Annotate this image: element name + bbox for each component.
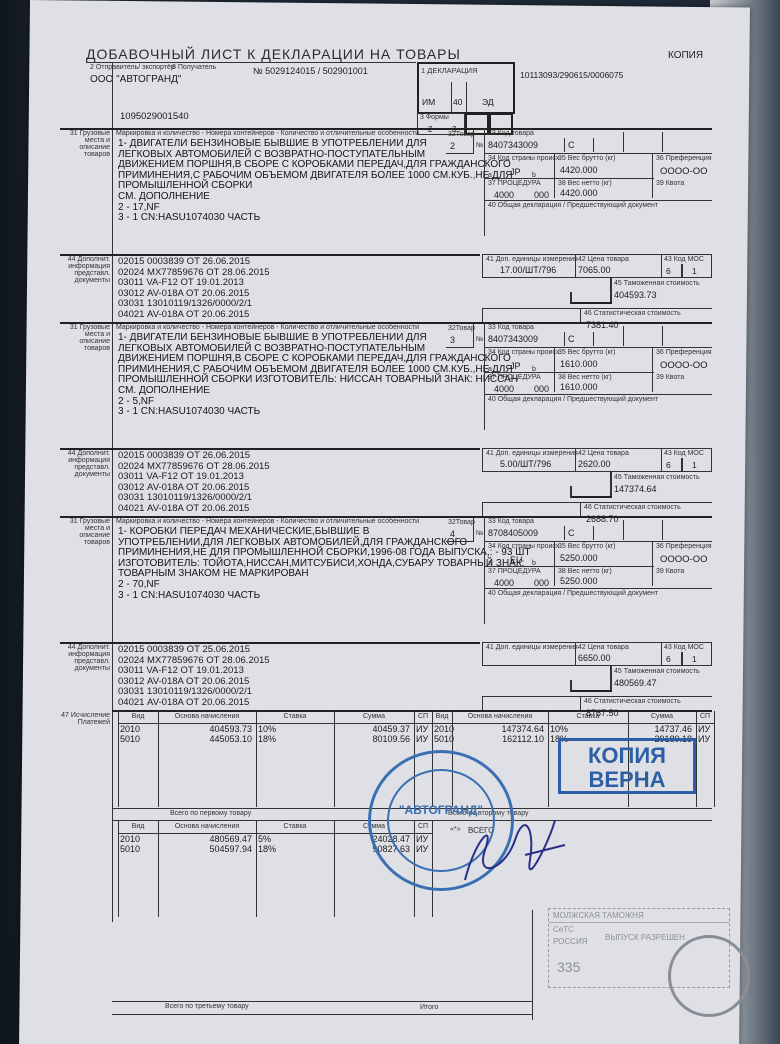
net-label: 38 Вес нетто (кг) (558, 568, 612, 575)
origin-label: 34 Код страны происх. (488, 543, 561, 550)
divider (532, 910, 533, 1020)
recipient-label: 8 Получатель (172, 64, 216, 71)
attached-docs: 02015 0003839 ОТ 26.06.2015 02024 MX7785… (118, 257, 270, 320)
divider (484, 394, 712, 395)
divider (484, 153, 712, 154)
copy-mark: КОПИЯ (668, 50, 703, 61)
divider (714, 711, 715, 807)
sender-label: 2 Отправитель/ экспортёр (90, 64, 175, 71)
divider (570, 486, 572, 497)
stat-value-label: 46 Статистическая стоимость (584, 310, 681, 317)
stat-value-label: 46 Статистическая стоимость (584, 504, 681, 511)
payments-header: Вид (118, 823, 158, 830)
payment-sp: ИУ (416, 724, 428, 734)
origin-country: EU (510, 555, 523, 565)
hs-code: 8708405009 (488, 528, 538, 538)
hs-code-suffix: C (568, 140, 575, 150)
declaration-label: 1 ДЕКЛАРАЦИЯ (421, 66, 478, 75)
divider (158, 711, 159, 807)
divider (662, 326, 663, 346)
mos-label: 43 Код МОС (664, 450, 704, 457)
attached-docs: 02015 0003839 ОТ 26.06.2015 02024 MX7785… (118, 451, 270, 514)
procedure-label: 37 ПРОЦЕДУРА (488, 568, 541, 575)
payments-header: Основа начисления (158, 823, 256, 830)
payments-header: СП (696, 713, 714, 720)
mos-code2: 1 (692, 460, 697, 470)
declaration-type-ed: ЭД (482, 97, 494, 107)
divider (334, 821, 335, 917)
divider (548, 711, 549, 807)
procedure-label: 37 ПРОЦЕДУРА (488, 374, 541, 381)
divider (466, 82, 467, 112)
origin-label: 34 Код страны происх. (488, 155, 561, 162)
divider (484, 516, 485, 624)
divider (610, 666, 612, 690)
divider (482, 502, 712, 503)
left-column-line (112, 62, 113, 922)
payment-sp: ИУ (698, 734, 710, 744)
payment-rate: 18% (258, 734, 276, 744)
payment-sp: ИУ (416, 734, 428, 744)
divider (593, 526, 594, 540)
divider (482, 502, 483, 516)
divider (570, 690, 612, 692)
divider (482, 696, 483, 710)
hs-code-suffix: C (568, 528, 575, 538)
payment-rate: 5% (258, 834, 271, 844)
mos-label: 43 Код МОС (664, 644, 704, 651)
divider (482, 696, 712, 697)
cargo-header: Маркировка и количество - Номера контейн… (116, 324, 419, 331)
stat-value-label: 46 Статистическая стоимость (584, 698, 681, 705)
item-number: 3 (450, 335, 455, 345)
divider (652, 347, 653, 392)
quota-label: 39 Квота (656, 374, 684, 381)
itogo-label: Итого (420, 1004, 438, 1011)
net-weight: 4420.000 (560, 188, 598, 198)
divider (86, 62, 416, 63)
payments-header: Ставка (256, 713, 334, 720)
origin-country: JP (510, 361, 521, 371)
divider (661, 642, 662, 666)
hs-code-suffix: C (568, 334, 575, 344)
customs-value-label: 45 Таможенная стоимость (614, 668, 700, 675)
payment-rate: 18% (258, 844, 276, 854)
payments-header: Сумма (334, 713, 414, 720)
payment-base: 504597.94 (158, 844, 252, 854)
item-label: 32Товар (448, 325, 475, 332)
item-price: 7065.00 (578, 265, 611, 275)
payments-header: Вид (118, 713, 158, 720)
cargo-header: Маркировка и количество - Номера контейн… (116, 518, 419, 525)
divider (681, 264, 683, 277)
total-first: Всего по первому товару (170, 810, 251, 817)
gross-weight: 1610.000 (560, 359, 598, 369)
payment-base: 445053.10 (158, 734, 252, 744)
divider (575, 254, 576, 278)
customs-value-label: 45 Таможенная стоимость (614, 474, 700, 481)
mos-code: 6 (666, 654, 671, 664)
divider (623, 132, 624, 152)
divider (158, 821, 159, 917)
divider (570, 680, 572, 691)
item-label: 32Товар (448, 519, 475, 526)
gross-weight: 5250.000 (560, 553, 598, 563)
stamp-text: РОССИЯ (553, 937, 587, 946)
payments-header: Ставка (548, 713, 628, 720)
preference-label: 36 Преференция (656, 155, 712, 162)
payment-base: 404593.73 (158, 724, 252, 734)
procedure-code: 4000 (494, 578, 514, 588)
cargo-label: 31 Грузовые места и описание товаров (62, 130, 110, 158)
divider (334, 711, 335, 807)
hs-code-label: 33 Код товара (488, 130, 534, 137)
divider (484, 541, 712, 542)
payment-sum: 14737.46 (628, 724, 692, 734)
customs-round-seal (668, 935, 750, 1017)
divider (484, 200, 712, 201)
net-label: 38 Вес нетто (кг) (558, 374, 612, 381)
preference: ОООО-ОО (660, 554, 708, 565)
customs-value-label: 45 Таможенная стоимость (614, 280, 700, 287)
cargo-header: Маркировка и количество - Номера контейн… (116, 130, 419, 137)
item-no-label: № (476, 530, 484, 537)
mos-code: 6 (666, 460, 671, 470)
payment-type: 2010 (120, 834, 140, 844)
divider (575, 448, 576, 472)
hs-code: 8407343009 (488, 140, 538, 150)
item-number: 2 (450, 141, 455, 151)
payments-header: Ставка (256, 823, 334, 830)
quota-label: 39 Квота (656, 568, 684, 575)
forms-label: 3 Формы (420, 114, 449, 121)
divider (570, 302, 612, 304)
cargo-label: 31 Грузовые места и описание товаров (62, 518, 110, 546)
supp-units: 5.00/ШТ/796 (500, 459, 551, 469)
mos-label: 43 Код МОС (664, 256, 704, 263)
divider (681, 652, 683, 665)
docs-label: 44 Дополнит. информация представл. докум… (62, 256, 110, 284)
item-price: 6650.00 (578, 653, 611, 663)
divider (482, 308, 712, 309)
price-label: 42 Цена товара (578, 644, 629, 651)
divider (451, 82, 452, 112)
divider (580, 502, 581, 516)
divider (554, 541, 555, 586)
divider (256, 711, 257, 807)
stamp-text: ВЫПУСК РАЗРЕШЕН (605, 933, 685, 942)
divider (256, 821, 257, 917)
stamp-text: 335 (557, 959, 580, 975)
payment-rate: 10% (258, 724, 276, 734)
divider (484, 347, 712, 348)
gross-label: 35 Вес брутто (кг) (558, 349, 616, 356)
payments-label: 47 Исчисление Платежей (60, 712, 110, 726)
payment-sp: ИУ (698, 724, 710, 734)
mos-code2: 1 (692, 654, 697, 664)
prev-doc-label: 40 Общая декларация / Предшествующий док… (488, 396, 658, 403)
payment-type: 2010 (120, 724, 140, 734)
total-third: Всего по третьему товару (165, 1003, 249, 1010)
page-title: ДОБАВОЧНЫЙ ЛИСТ К ДЕКЛАРАЦИИ НА ТОВАРЫ (86, 46, 461, 62)
net-weight: 5250.000 (560, 576, 598, 586)
mos-code: 6 (666, 266, 671, 276)
recipient-number: № 5029124015 / 502901001 (253, 66, 368, 76)
net-weight: 1610.000 (560, 382, 598, 392)
hs-code: 8407343009 (488, 334, 538, 344)
divider (112, 1001, 532, 1002)
units-label: 41 Доп. единицы измерения (486, 256, 578, 263)
payments-header: Основа начисления (158, 713, 256, 720)
item-number: 4 (450, 529, 455, 539)
divider (652, 153, 653, 198)
preference: ОООО-ОО (660, 360, 708, 371)
procedure-code: 4000 (494, 190, 514, 200)
copy-verified-stamp: КОПИЯ ВЕРНА (558, 738, 696, 794)
customs-value: 480569.47 (614, 678, 657, 688)
divider (623, 520, 624, 540)
divider (570, 292, 572, 303)
divider (610, 278, 612, 302)
divider (662, 520, 663, 540)
cargo-label: 31 Грузовые места и описание товаров (62, 324, 110, 352)
item-price: 2620.00 (578, 459, 611, 469)
stamp-text: ВЕРНА (561, 768, 693, 792)
preference-label: 36 Преференция (656, 349, 712, 356)
prev-doc-label: 40 Общая декларация / Предшествующий док… (488, 202, 658, 209)
divider (484, 372, 654, 373)
divider (696, 711, 697, 807)
divider (484, 128, 485, 236)
divider (662, 132, 663, 152)
customs-value: 404593.73 (614, 290, 657, 300)
divider (484, 566, 654, 567)
item-no-label: № (476, 336, 484, 343)
payments-header: Основа начисления (452, 713, 548, 720)
divider (623, 326, 624, 346)
attached-docs: 02015 0003839 ОТ 25.06.2015 02024 MX7785… (118, 645, 270, 708)
price-label: 42 Цена товара (578, 450, 629, 457)
origin-country: JP (510, 167, 521, 177)
procedure-code2: 000 (534, 578, 549, 588)
divider (554, 347, 555, 392)
payment-rate: 10% (550, 724, 568, 734)
divider (661, 448, 662, 472)
divider (112, 1014, 532, 1015)
declaration-type-im: ИМ (422, 97, 435, 107)
docs-label: 44 Дополнит. информация представл. докум… (62, 644, 110, 672)
divider (118, 711, 119, 807)
quota-label: 39 Квота (656, 180, 684, 187)
gross-label: 35 Вес брутто (кг) (558, 155, 616, 162)
payments-header: СП (414, 713, 432, 720)
procedure-code2: 000 (534, 190, 549, 200)
payment-sum: 80109.56 (334, 734, 410, 744)
gross-label: 35 Вес брутто (кг) (558, 543, 616, 550)
divider (482, 308, 483, 322)
origin-label: 34 Код страны происх. (488, 349, 561, 356)
divider (570, 496, 612, 498)
divider (681, 458, 683, 471)
declaration-number: 10113093/290615/0006075 (520, 70, 623, 80)
payments-header: Сумма (628, 713, 696, 720)
declaration-type-40: 40 (453, 97, 462, 107)
hs-code-label: 33 Код товара (488, 518, 534, 525)
divider (118, 821, 119, 917)
divider (564, 526, 565, 540)
divider (610, 472, 612, 496)
stamp-text: КОПИЯ (561, 744, 693, 768)
item-label: 32Товар (448, 131, 475, 138)
payments-header: Вид (432, 713, 452, 720)
divider (593, 332, 594, 346)
divider (484, 322, 485, 430)
divider (580, 696, 581, 710)
company-name: ООО "АВТОГРАНД" (90, 74, 181, 85)
divider (112, 710, 712, 712)
stamp-text: МОЛЖСКАЯ ТАМОЖНЯ (549, 909, 729, 923)
divider (652, 541, 653, 586)
supp-units: 17.00/ШТ/796 (500, 265, 556, 275)
item-no-label: № (476, 142, 484, 149)
preference: ОООО-ОО (660, 166, 708, 177)
payment-sum: 40459.37 (334, 724, 410, 734)
customs-value: 147374.64 (614, 484, 657, 494)
divider (564, 332, 565, 346)
procedure-code: 4000 (494, 384, 514, 394)
divider (580, 308, 581, 322)
payment-type: 5010 (120, 734, 140, 744)
net-label: 38 Вес нетто (кг) (558, 180, 612, 187)
prev-doc-label: 40 Общая декларация / Предшествующий док… (488, 590, 658, 597)
payment-type: 5010 (120, 844, 140, 854)
divider (575, 642, 576, 666)
stamp-text: СеТС (553, 925, 574, 934)
docs-label: 44 Дополнит. информация представл. докум… (62, 450, 110, 478)
ogrn: 1095029001540 (120, 111, 189, 122)
payment-base: 480569.47 (158, 834, 252, 844)
divider (554, 153, 555, 198)
hs-code-label: 33 Код товара (488, 324, 534, 331)
payment-base: 147374.64 (452, 724, 544, 734)
divider (484, 588, 712, 589)
procedure-code2: 000 (534, 384, 549, 394)
gross-weight: 4420.000 (560, 165, 598, 175)
mos-code2: 1 (692, 266, 697, 276)
units-label: 41 Доп. единицы измерения (486, 644, 578, 651)
price-label: 42 Цена товара (578, 256, 629, 263)
preference-label: 36 Преференция (656, 543, 712, 550)
divider (593, 138, 594, 152)
divider (484, 178, 654, 179)
procedure-label: 37 ПРОЦЕДУРА (488, 180, 541, 187)
divider (661, 254, 662, 278)
divider (564, 138, 565, 152)
units-label: 41 Доп. единицы измерения (486, 450, 578, 457)
signature (455, 800, 575, 890)
payment-base: 162112.10 (452, 734, 544, 744)
